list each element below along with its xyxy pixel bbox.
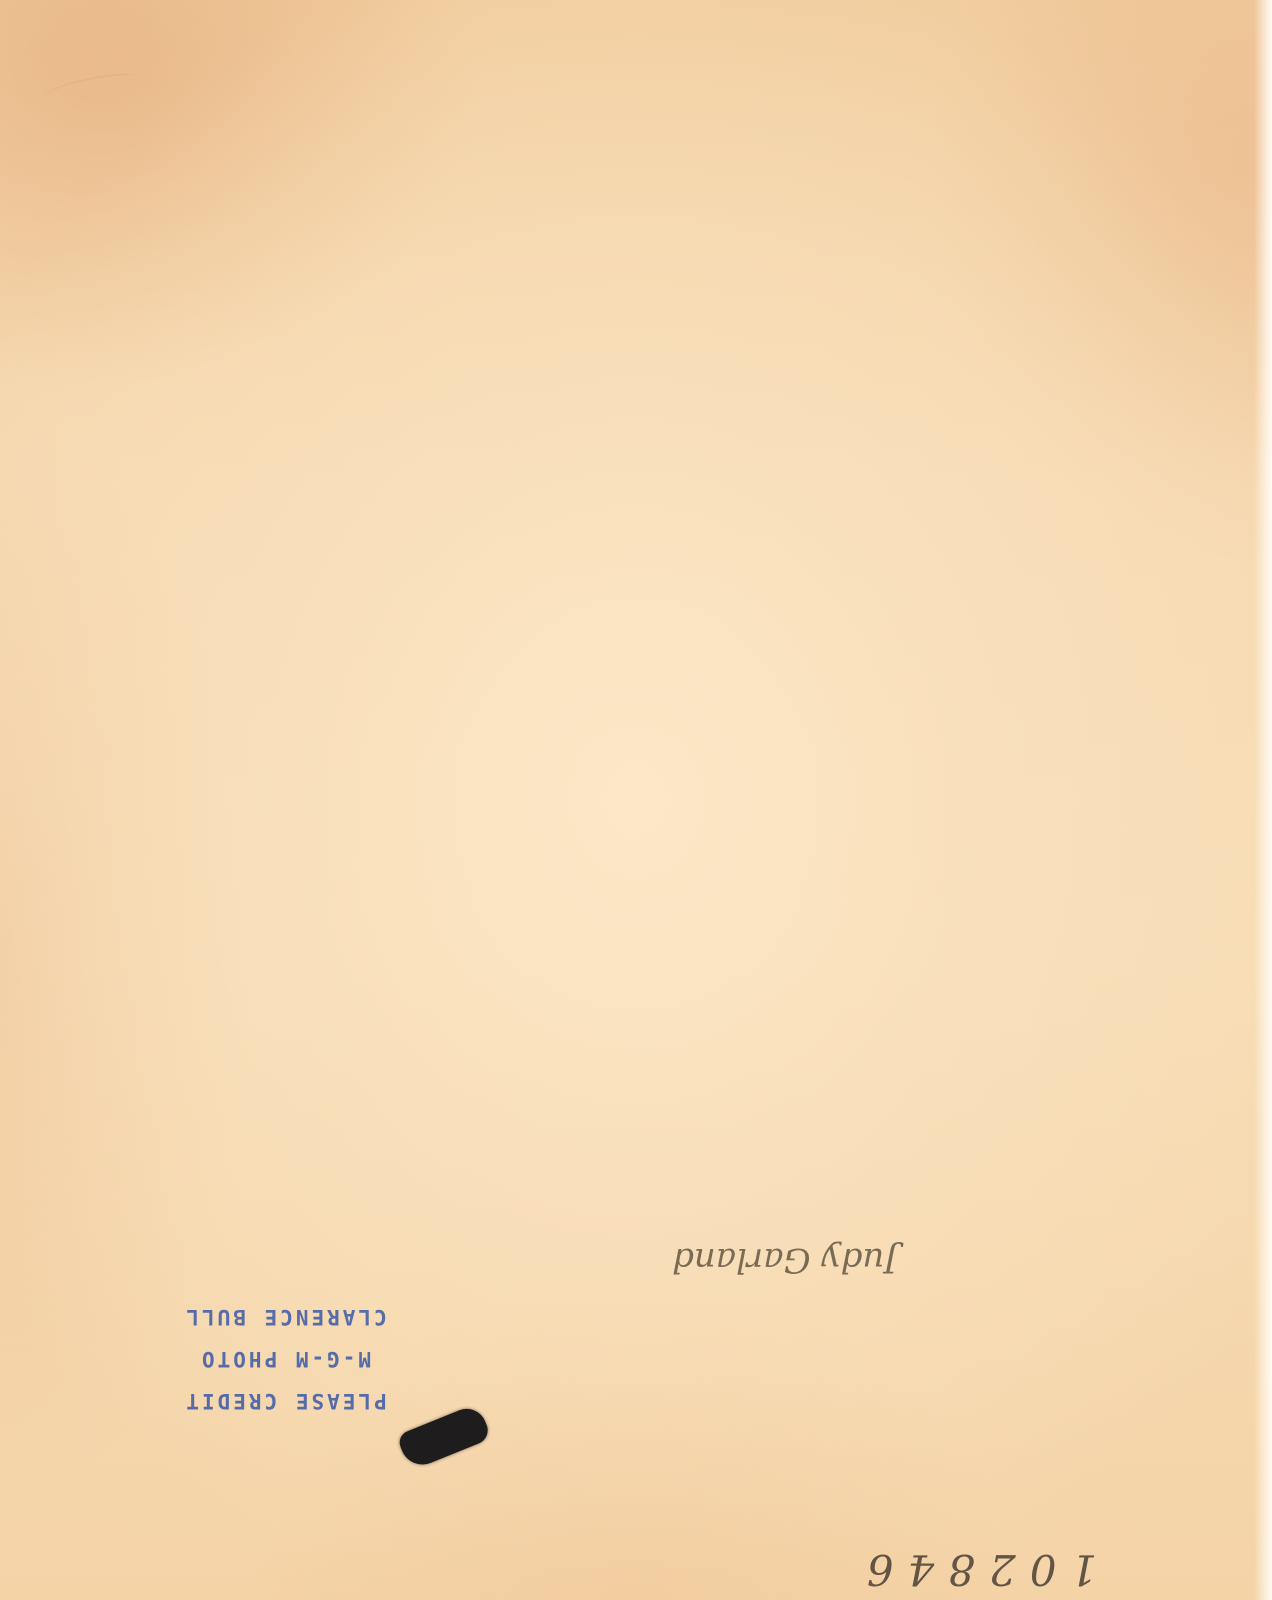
- stamp-line-photographer: CLARENCE BULL: [170, 1296, 400, 1338]
- photo-back-paper: PLEASE CREDIT M-G-M PHOTO CLARENCE BULL …: [0, 0, 1272, 1600]
- stamp-line-please-credit: PLEASE CREDIT: [170, 1380, 400, 1422]
- paper-crease: [44, 69, 135, 103]
- paper-right-edge: [1254, 0, 1272, 1600]
- handwritten-name: Judy Garland: [665, 1240, 905, 1280]
- ink-blot-mark: [396, 1403, 492, 1471]
- stamp-line-mgm-photo: M-G-M PHOTO: [170, 1338, 400, 1380]
- handwritten-number: 102846: [850, 1545, 1100, 1594]
- credit-stamp: PLEASE CREDIT M-G-M PHOTO CLARENCE BULL: [170, 1296, 400, 1422]
